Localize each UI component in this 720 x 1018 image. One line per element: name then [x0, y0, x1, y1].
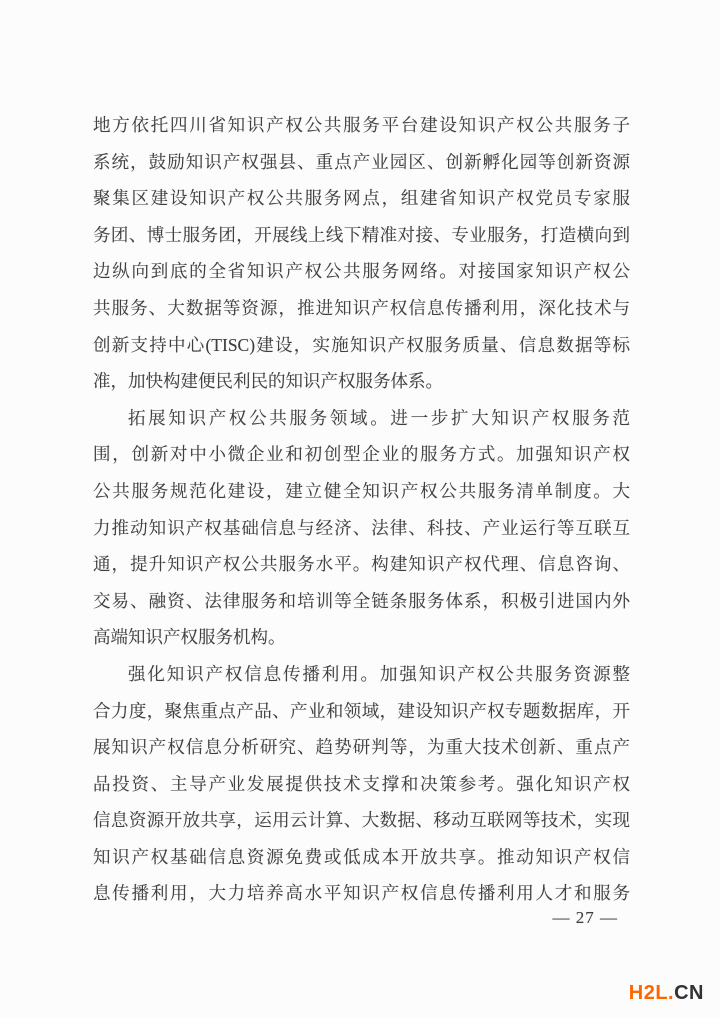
text-line: 知识产权基础信息资源免费或低成本开放共享。推动知识产权信: [93, 839, 630, 876]
text-line: 高端知识产权服务机构。: [93, 619, 630, 656]
watermark-secondary: CN: [674, 982, 704, 1004]
text-line: 品投资、主导产业发展提供技术支撑和决策参考。强化知识产权: [93, 766, 630, 803]
text-line: 交易、融资、法律服务和培训等全链条服务体系，积极引进国内外: [93, 583, 630, 620]
page-number: — 27 —: [93, 906, 630, 930]
text-line: 务团、博士服务团，开展线上线下精准对接、专业服务，打造横向到: [93, 217, 630, 254]
text-line: 拓展知识产权公共服务领域。进一步扩大知识产权服务范: [93, 400, 630, 437]
text-line: 强化知识产权信息传播利用。加强知识产权公共服务资源整: [93, 656, 630, 693]
text-line: 信息资源开放共享，运用云计算、大数据、移动互联网等技术，实现: [93, 802, 630, 839]
text-line: 公共服务规范化建设，建立健全知识产权公共服务清单制度。大: [93, 473, 630, 510]
text-line: 共服务、大数据等资源，推进知识产权信息传播利用，深化技术与: [93, 290, 630, 327]
text-line: 通，提升知识产权公共服务水平。构建知识产权代理、信息咨询、: [93, 546, 630, 583]
document-body: 地方依托四川省知识产权公共服务平台建设知识产权公共服务子系统，鼓励知识产权强县、…: [93, 107, 630, 912]
text-line: 准，加快构建便民利民的知识产权服务体系。: [93, 363, 630, 400]
text-line: 围，创新对中小微企业和初创型企业的服务方式。加强知识产权: [93, 436, 630, 473]
text-line: 创新支持中心(TISC)建设，实施知识产权服务质量、信息数据等标: [93, 327, 630, 364]
text-line: 系统，鼓励知识产权强县、重点产业园区、创新孵化园等创新资源: [93, 144, 630, 181]
text-line: 边纵向到底的全省知识产权公共服务网络。对接国家知识产权公: [93, 253, 630, 290]
document-page: 地方依托四川省知识产权公共服务平台建设知识产权公共服务子系统，鼓励知识产权强县、…: [0, 0, 720, 1018]
text-line: 合力度，聚焦重点产品、产业和领域，建设知识产权专题数据库，开: [93, 693, 630, 730]
text-line: 聚集区建设知识产权公共服务网点，组建省知识产权党员专家服: [93, 180, 630, 217]
watermark-primary: H2L.: [629, 982, 674, 1004]
text-line: 力推动知识产权基础信息与经济、法律、科技、产业运行等互联互: [93, 510, 630, 547]
text-line: 展知识产权信息分析研究、趋势研判等，为重大技术创新、重点产: [93, 729, 630, 766]
site-watermark: H2L.CN: [629, 983, 704, 1003]
text-line: 地方依托四川省知识产权公共服务平台建设知识产权公共服务子: [93, 107, 630, 144]
